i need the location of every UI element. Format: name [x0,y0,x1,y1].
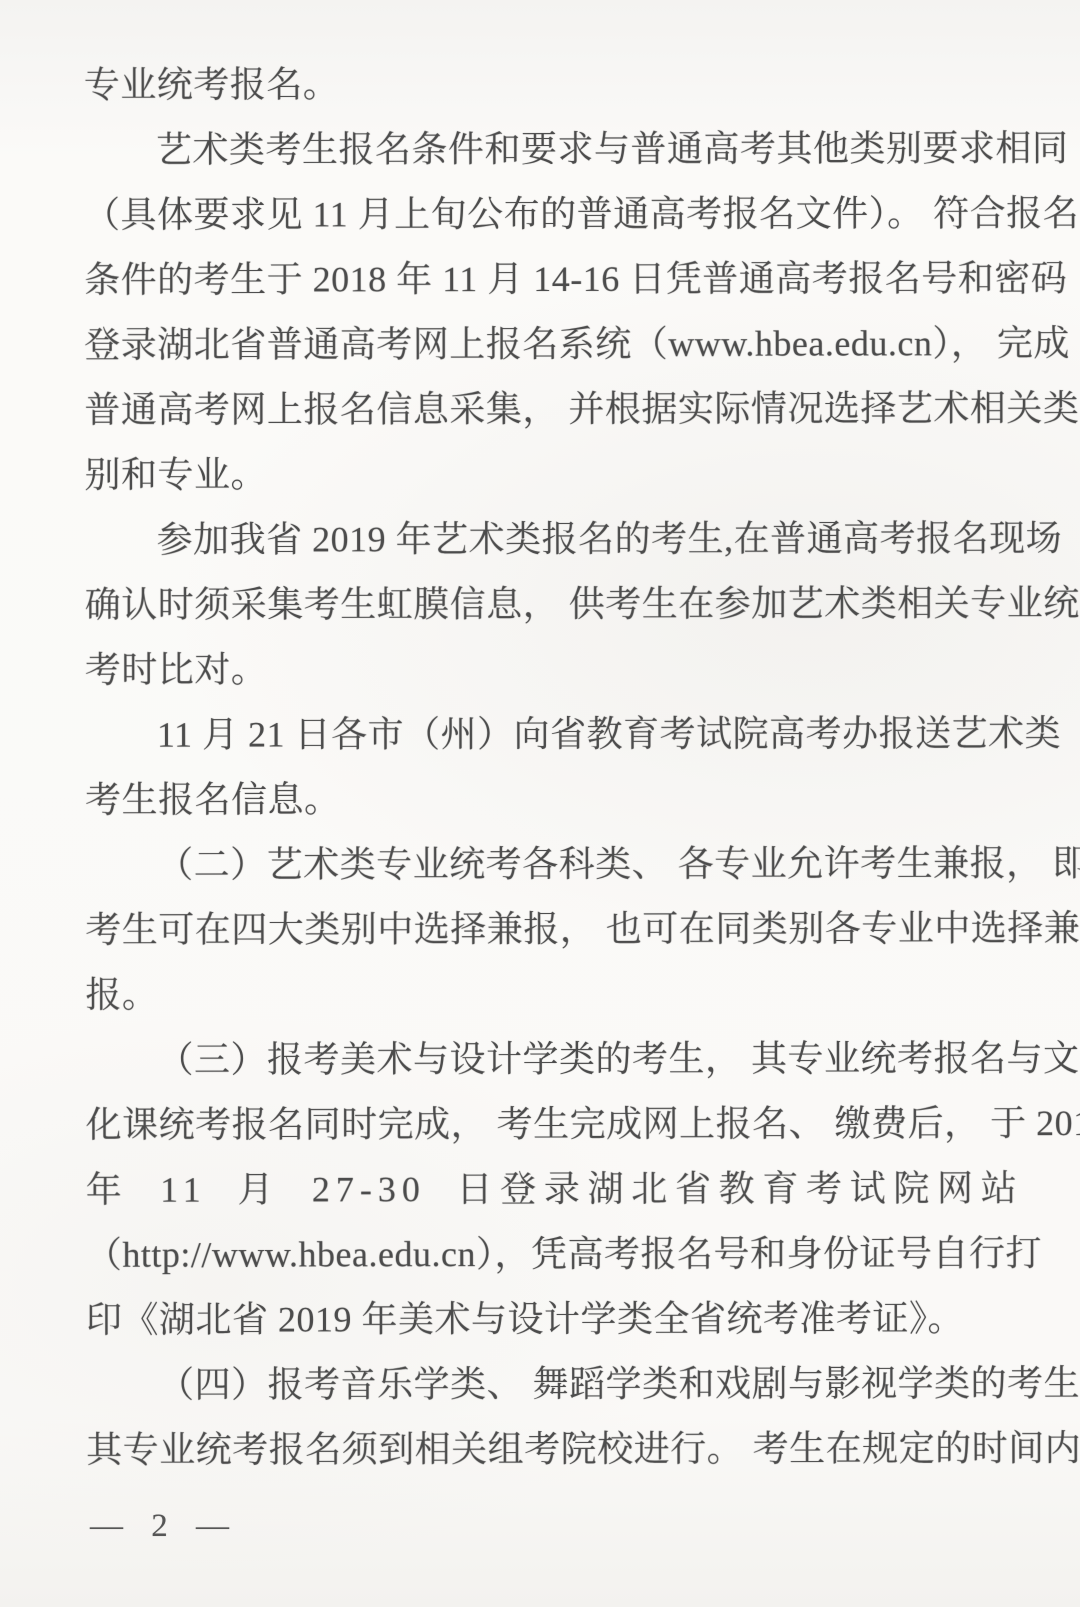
text-line: （二）艺术类专业统考各科类、 各专业允许考生兼报， 即 [85,831,1022,898]
text-line: 化课统考报名同时完成， 考生完成网上报名、 缴费后， 于 2018 [86,1091,1023,1158]
text-line: （三）报考美术与设计学类的考生， 其专业统考报名与文 [85,1026,1022,1093]
text-line: 考生报名信息。 [85,766,1022,833]
text-line: 考生可在四大类别中选择兼报， 也可在同类别各专业中选择兼 [85,896,1022,963]
text-line: 11 月 21 日各市（州）向省教育考试院高考办报送艺术类 [85,701,1022,768]
document-page: 专业统考报名。 艺术类考生报名条件和要求与普通高考其他类别要求相同 （具体要求见… [0,0,1080,1607]
text-line: 报。 [85,961,1022,1028]
text-line: （http://www.hbea.edu.cn），凭高考报名号和身份证号自行打 [86,1221,1023,1288]
text-line: 普通高考网上报名信息采集， 并根据实际情况选择艺术相关类 [84,376,1021,443]
text-line: 考时比对。 [85,636,1022,703]
document-body: 专业统考报名。 艺术类考生报名条件和要求与普通高考其他类别要求相同 （具体要求见… [84,51,1023,1483]
text-line: 登录湖北省普通高考网上报名系统（www.hbea.edu.cn）， 完成 [84,311,1021,378]
text-line: 确认时须采集考生虹膜信息， 供考生在参加艺术类相关专业统 [85,571,1022,638]
text-line: （四）报考音乐学类、 舞蹈学类和戏剧与影视学类的考生， [86,1351,1023,1418]
text-line: 别和专业。 [84,441,1021,508]
text-line: 艺术类考生报名条件和要求与普通高考其他类别要求相同 [84,116,1021,183]
text-line: 条件的考生于 2018 年 11 月 14-16 日凭普通高考报名号和密码 [84,246,1021,313]
text-line: 印《湖北省 2019 年美术与设计学类全省统考准考证》。 [86,1286,1023,1353]
text-line: 年 11 月 27-30 日登录湖北省教育考试院网站 [86,1156,1023,1223]
text-line: 专业统考报名。 [84,51,1021,118]
text-line: 参加我省 2019 年艺术类报名的考生,在普通高考报名现场 [85,506,1022,573]
text-line: （具体要求见 11 月上旬公布的普通高考报名文件）。 符合报名 [84,181,1021,248]
page-number: — 2 — [90,1496,239,1556]
text-line: 其专业统考报名须到相关组考院校进行。 考生在规定的时间内 [86,1416,1023,1483]
